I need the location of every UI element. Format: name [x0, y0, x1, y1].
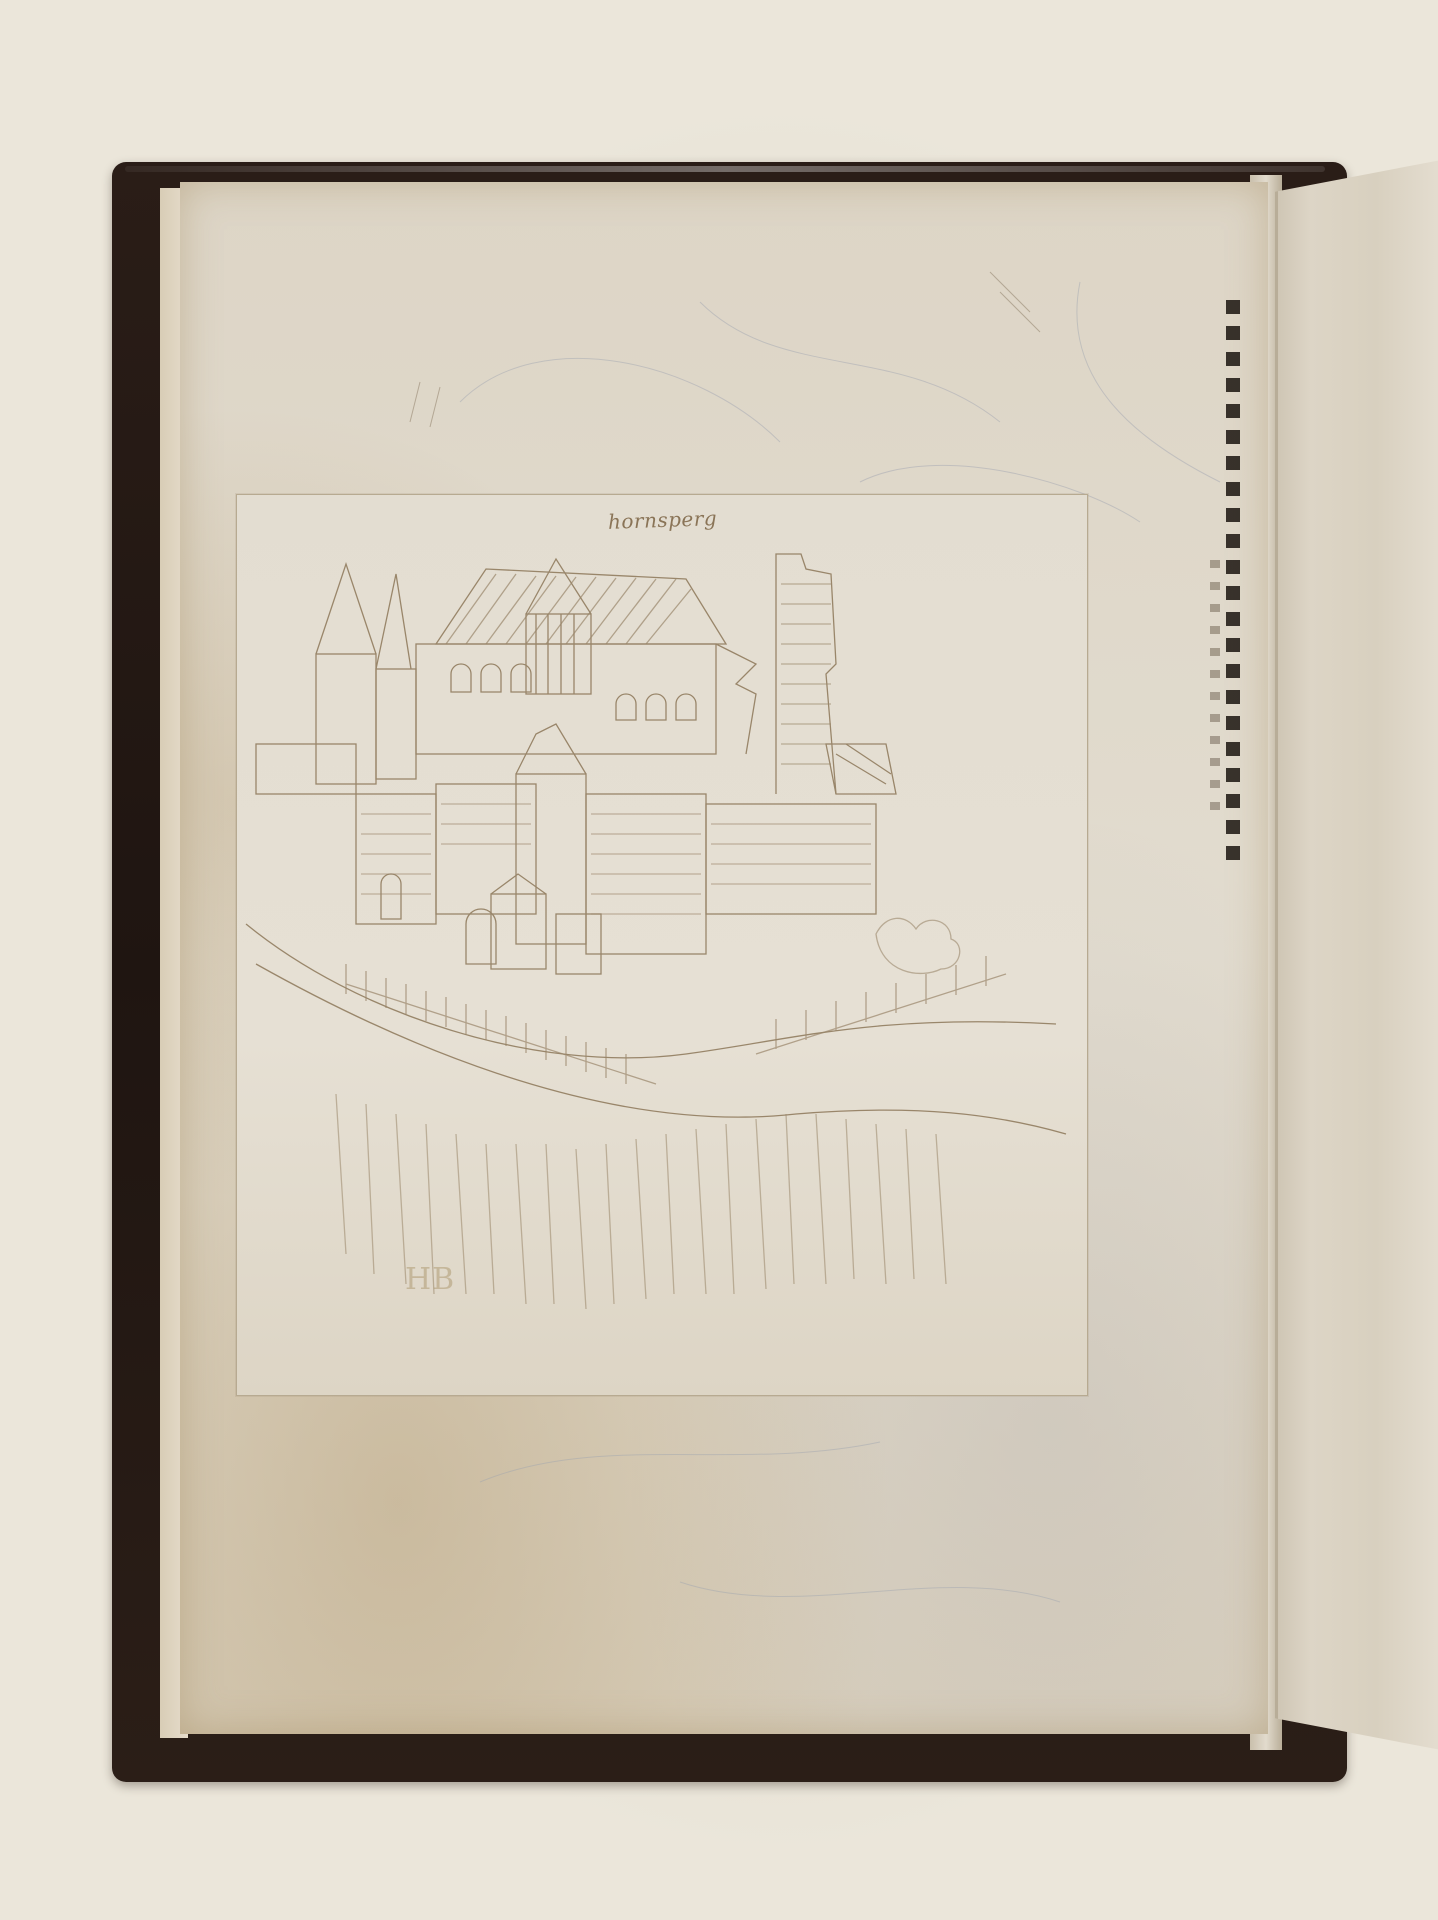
paper-stub-marks	[1226, 300, 1240, 860]
artist-monogram: HB	[405, 1262, 455, 1297]
facing-page	[1275, 160, 1438, 1750]
binding-highlight	[125, 166, 1325, 172]
drawing-inscription: hornsperg	[608, 506, 718, 534]
castle-drawing	[236, 494, 1086, 1394]
paper-stub-marks-faint	[1210, 560, 1220, 820]
